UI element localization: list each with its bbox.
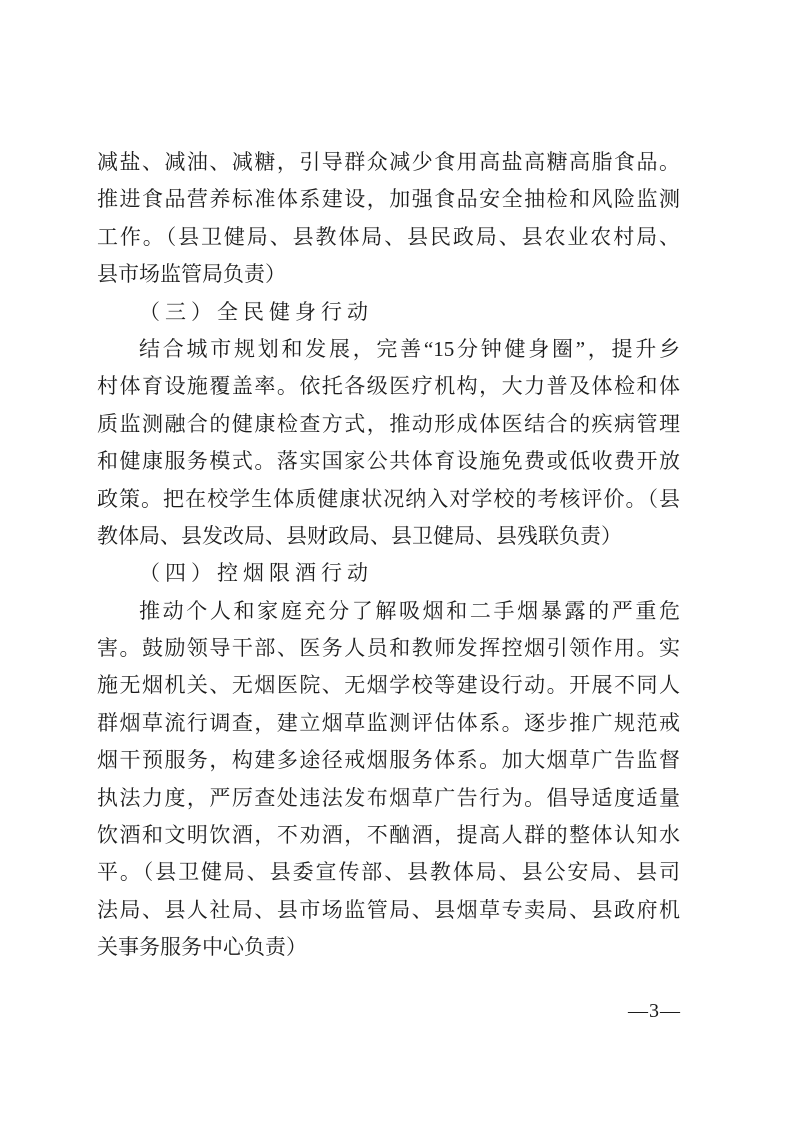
- body-line: 法局、县人社局、县市场监管局、县烟草专卖局、县政府机: [97, 892, 680, 929]
- body-line: 平。（县卫健局、县委宣传部、县教体局、县公安局、县司: [97, 854, 680, 891]
- document-page: 减盐、减油、减糖，引导群众减少食用高盐高糖高脂食品。 推进食品营养标准体系建设，…: [0, 0, 793, 1122]
- body-line: 推动个人和家庭充分了解吸烟和二手烟暴露的严重危: [97, 593, 680, 630]
- body-line: 害。鼓励领导干部、医务人员和教师发挥控烟引领作用。实: [97, 630, 680, 667]
- body-line: 和健康服务模式。落实国家公共体育设施免费或低收费开放: [97, 443, 680, 480]
- body-line: 工作。（县卫健局、县教体局、县民政局、县农业农村局、: [97, 219, 680, 256]
- body-line: 群烟草流行调查，建立烟草监测评估体系。逐步推广规范戒: [97, 705, 680, 742]
- body-line: 结合城市规划和发展，完善“15分钟健身圈”，提升乡: [97, 331, 680, 368]
- body-line: 政策。把在校学生体质健康状况纳入对学校的考核评价。（县: [97, 481, 680, 518]
- body-line: 推进食品营养标准体系建设，加强食品安全抽检和风险监测: [97, 181, 680, 218]
- body-line: 烟干预服务，构建多途径戒烟服务体系。加大烟草广告监督: [97, 742, 680, 779]
- document-body: 减盐、减油、减糖，引导群众减少食用高盐高糖高脂食品。 推进食品营养标准体系建设，…: [97, 144, 680, 967]
- body-line: 执法力度，严厉查处违法发布烟草广告行为。倡导适度适量: [97, 780, 680, 817]
- body-line: 县市场监管局负责）: [97, 256, 680, 293]
- page-number: —3—: [628, 1000, 681, 1023]
- body-line: 减盐、减油、减糖，引导群众减少食用高盐高糖高脂食品。: [97, 144, 680, 181]
- section-heading-4: （四）控烟限酒行动: [97, 555, 680, 592]
- body-line: 村体育设施覆盖率。依托各级医疗机构，大力普及体检和体: [97, 368, 680, 405]
- body-line: 关事务服务中心负责）: [97, 929, 680, 966]
- body-line: 饮酒和文明饮酒，不劝酒，不酗酒，提高人群的整体认知水: [97, 817, 680, 854]
- body-line: 施无烟机关、无烟医院、无烟学校等建设行动。开展不同人: [97, 667, 680, 704]
- section-heading-3: （三）全民健身行动: [97, 294, 680, 331]
- body-line: 质监测融合的健康检查方式，推动形成体医结合的疾病管理: [97, 406, 680, 443]
- body-line: 教体局、县发改局、县财政局、县卫健局、县残联负责）: [97, 518, 680, 555]
